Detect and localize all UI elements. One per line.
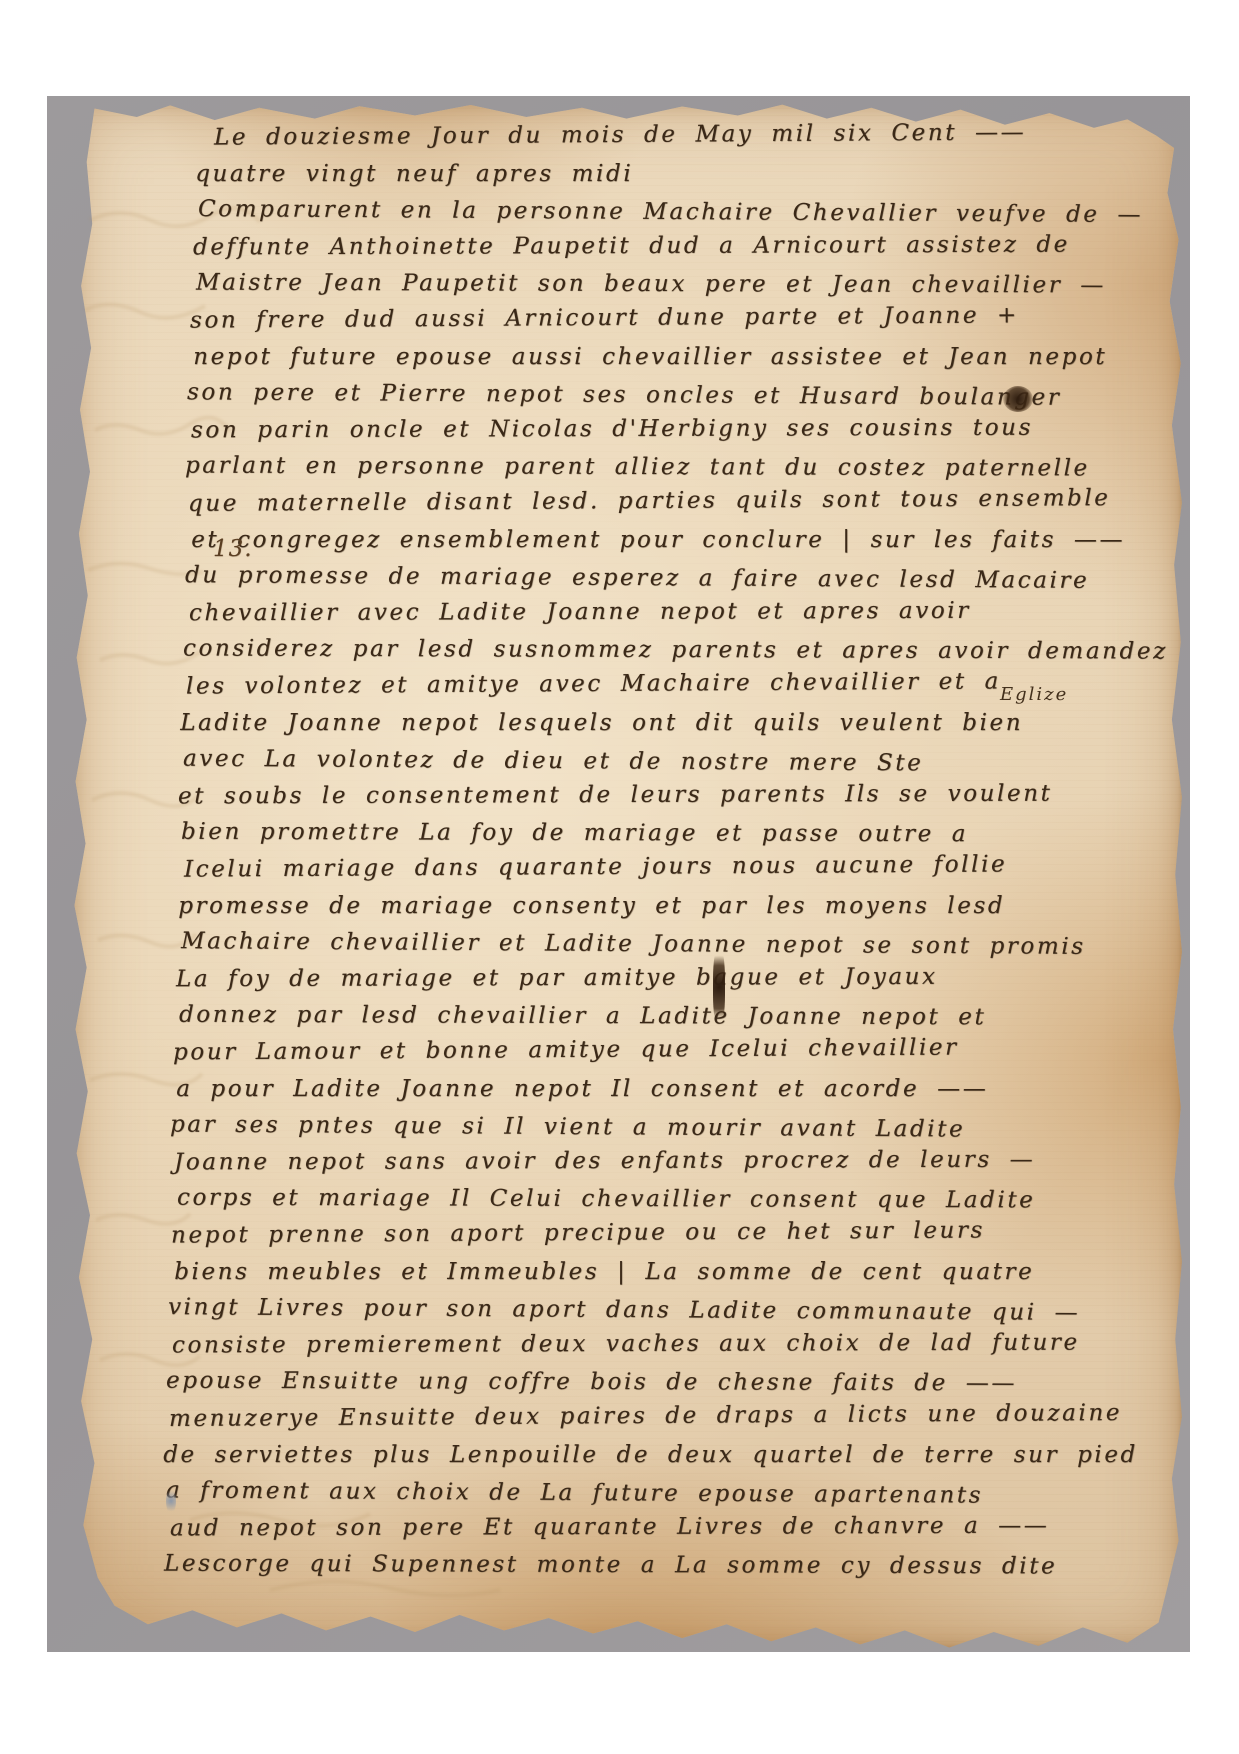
manuscript-line-19: et soubs le consentement de leurs parent… [178,780,1053,809]
manuscript-line-17: Ladite Joanne nepot lesquels ont dit qui… [180,710,1023,736]
manuscript-line-39: aud nepot son pere Et quarante Livres de… [170,1512,1049,1541]
manuscript-line-34: consiste premierement deux vaches aux ch… [172,1329,1080,1358]
manuscript-line-22: promesse de mariage consenty et par les … [178,893,1005,919]
manuscript-line-25: donnez par lesd chevaillier a Ladite Joa… [179,1002,986,1031]
manuscript-line-4: deffunte Anthoinette Paupetit dud a Arni… [193,231,1070,260]
manuscript-line-18: avec La volontez de dieu et de nostre me… [183,746,924,777]
manuscript-line-40: Lescorge qui Supennest monte a La somme … [164,1551,1057,1580]
manuscript-line-26: pour Lamour et bonne amitye que Icelui c… [173,1035,959,1066]
interlinear-word: Eglize [1000,684,1068,705]
manuscript-line-24: La foy de mariage et par amitye bague et… [176,964,938,992]
manuscript-line-21: Icelui mariage dans quarante jours nous … [184,851,1007,882]
manuscript-line-15: considerez par lesd susnommez parents et… [183,636,1168,665]
manuscript-line-12: et congregez ensemblement pour conclure … [191,527,1125,553]
folio-number: 13. [213,536,253,562]
manuscript-line-31: nepot prenne son aport precipue ou ce he… [171,1217,985,1248]
paper-stain [166,1488,176,1514]
manuscript-line-5: Maistre Jean Paupetit son beaux pere et … [196,270,1106,299]
manuscript-line-10: parlant en personne parent alliez tant d… [185,453,1090,482]
manuscript-line-20: bien promettre La foy de mariage et pass… [181,819,968,847]
manuscript-line-7: nepot future epouse aussi chevaillier as… [193,344,1107,370]
ink-stain [713,948,725,1026]
manuscript-line-6: son frere dud aussi Arnicourt dune parte… [190,302,1019,333]
manuscript-line-16: les volontez et amitye avec Machaire che… [186,668,1001,699]
manuscript-line-28: par ses pntes que si Il vient a mourir a… [170,1112,965,1143]
manuscript-line-29: Joanne nepot sans avoir des enfants proc… [174,1146,1035,1175]
manuscript-line-2: quatre vingt neuf apres midi [195,161,633,187]
manuscript-line-14: chevaillier avec Ladite Joanne nepot et … [189,598,971,626]
manuscript-line-9: son parin oncle et Nicolas d'Herbigny se… [191,414,1033,443]
manuscript-line-32: biens meubles et Immeubles | La somme de… [174,1259,1034,1285]
manuscript-line-35: epouse Ensuitte ung coffre bois de chesn… [166,1368,1017,1397]
manuscript-line-37: de serviettes plus Lenpouille de deux qu… [163,1442,1138,1468]
manuscript-line-1: Le douziesme Jour du mois de May mil six… [214,119,1026,150]
ink-stain [1003,386,1033,412]
manuscript-line-27: a pour Ladite Joanne nepot Il consent et… [176,1076,988,1102]
manuscript-line-38: a froment aux choix de La future epouse … [166,1478,983,1509]
manuscript-line-30: corps et mariage Il Celui chevaillier co… [177,1185,1035,1214]
